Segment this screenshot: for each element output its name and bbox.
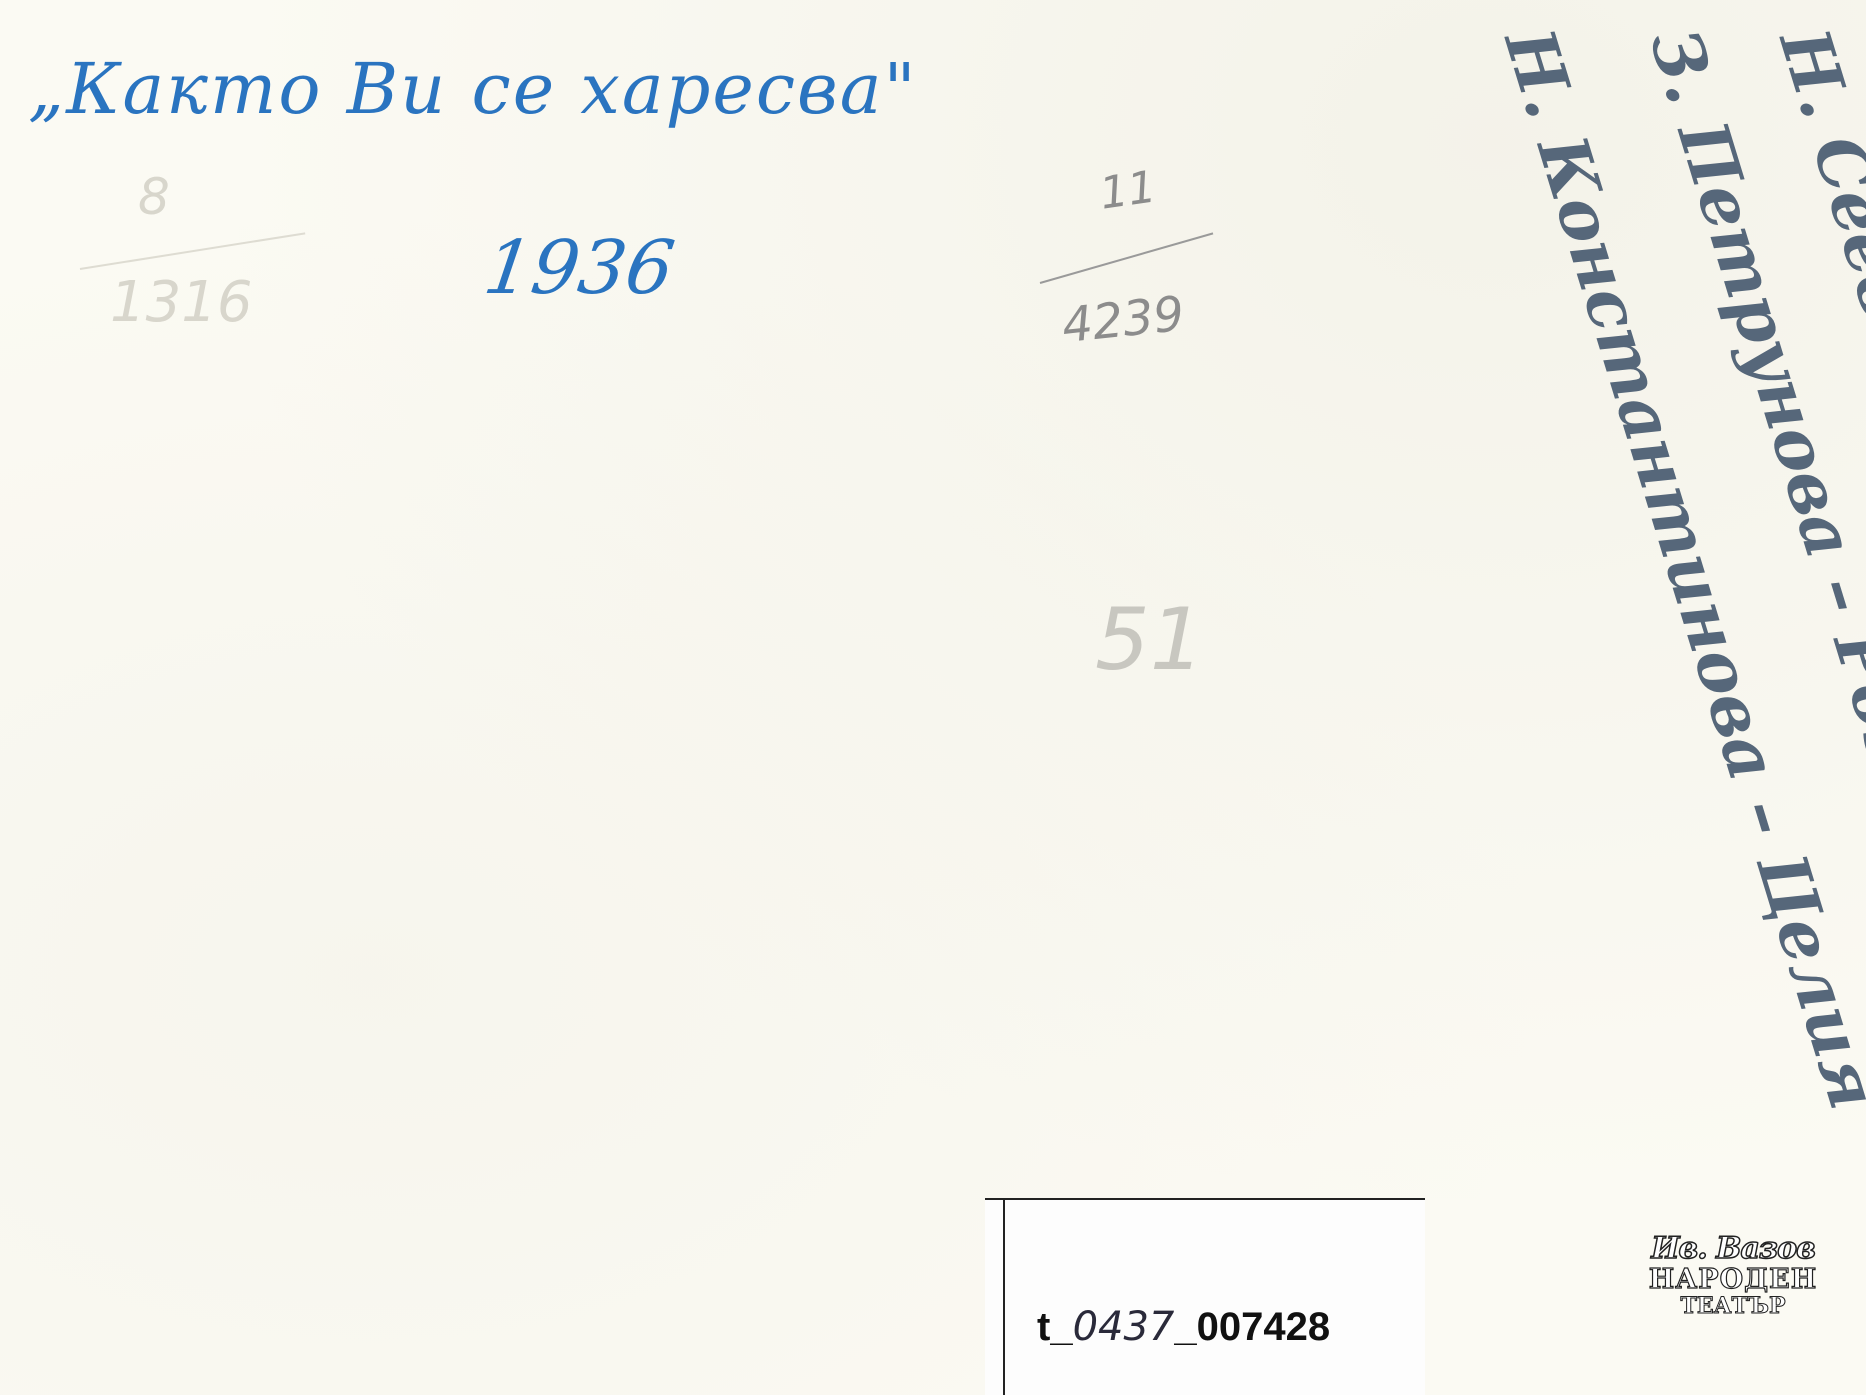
pencil-fraction-center-numerator: 11 [1097, 161, 1160, 219]
pencil-fraction-left-numerator: 8 [138, 168, 170, 226]
title-inscription: „Както Ви се харесва" [28, 48, 918, 130]
pencil-number-faint: 51 [1095, 590, 1204, 690]
pencil-fraction-left-denominator: 1316 [110, 270, 253, 335]
archive-label-card: t_0437_007428 [985, 1198, 1425, 1395]
logo-line2: ТЕАТЪР [1648, 1294, 1818, 1318]
archive-id: t_0437_007428 [1037, 1304, 1330, 1350]
pencil-fraction-center-line [1040, 232, 1214, 284]
archive-id-prefix: t_ [1037, 1305, 1073, 1349]
year-inscription: 1936 [479, 225, 679, 311]
archive-id-suffix: _007428 [1174, 1305, 1330, 1349]
logo-script: Ив. Вазов [1648, 1232, 1818, 1266]
archive-id-handwritten: 0437 [1073, 1304, 1175, 1350]
pencil-fraction-left-line [80, 232, 306, 270]
national-theatre-logo: Ив. Вазов НАРОДЕН ТЕАТЪР [1648, 1232, 1818, 1318]
logo-line1: НАРОДЕН [1648, 1266, 1818, 1294]
pencil-fraction-center-denominator: 4239 [1059, 286, 1186, 354]
